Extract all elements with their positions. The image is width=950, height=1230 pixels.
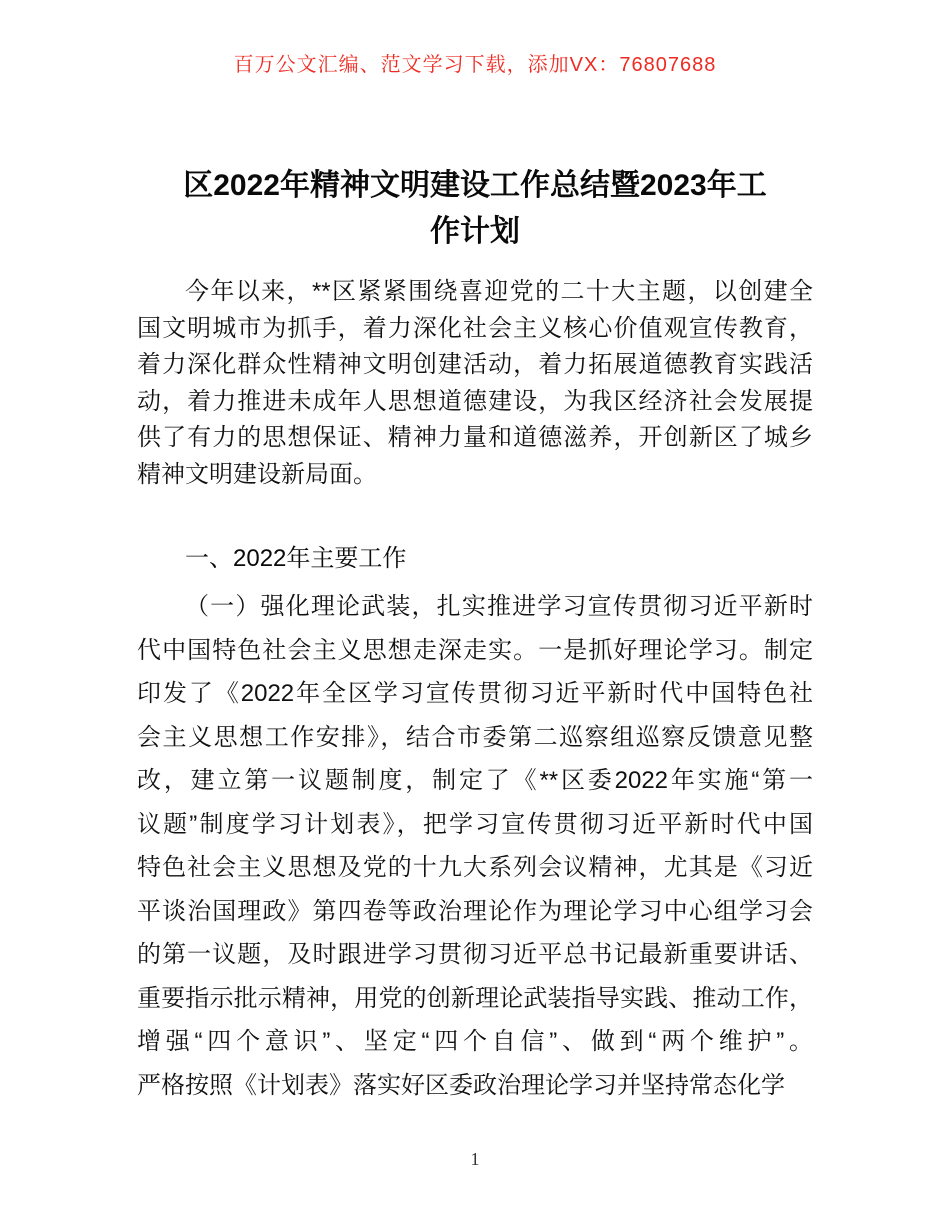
page-number: 1	[0, 1147, 950, 1171]
text-line: 印发了《2022年全区学习宣传贯彻习近平新时代中国特色社	[137, 672, 813, 716]
text-line: 会主义思想工作安排》，结合市委第二巡察组巡察反馈意见整	[137, 716, 813, 760]
text-line: 区2022年精神文明建设工作总结暨2023年工	[137, 163, 813, 209]
text-line: 平谈治国理政》第四卷等政治理论作为理论学习中心组学习会	[137, 890, 813, 934]
body-paragraph-theory: （一）强化理论武装，扎实推进学习宣传贯彻习近平新时代中国特色社会主义思想走深走实…	[137, 585, 813, 1107]
section-heading-2022-main-work: 一、2022年主要工作	[137, 541, 813, 578]
text-line: 重要指示批示精神，用党的创新理论武装指导实践、推动工作，	[137, 977, 813, 1021]
text-line: （一）强化理论武装，扎实推进学习宣传贯彻习近平新时	[137, 585, 813, 629]
text-line: 精神文明建设新局面。	[137, 457, 813, 494]
document-page: 百万公文汇编、范文学习下载，添加VX：76807688 区2022年精神文明建设…	[0, 0, 950, 1230]
text-line: 作计划	[137, 209, 813, 255]
text-line: 增强“四个意识”、坚定“四个自信”、做到“两个维护”。	[137, 1020, 813, 1064]
text-line: 国文明城市为抓手，着力深化社会主义核心价值观宣传教育，	[137, 311, 813, 348]
text-line: 着力深化群众性精神文明创建活动，着力拓展道德教育实践活	[137, 347, 813, 384]
text-line: 代中国特色社会主义思想走深走实。一是抓好理论学习。制定	[137, 629, 813, 673]
text-line: 改，建立第一议题制度，制定了《**区委2022年实施“第一	[137, 759, 813, 803]
text-line: 议题”制度学习计划表》，把学习宣传贯彻习近平新时代中国	[137, 803, 813, 847]
text-line: 供了有力的思想保证、精神力量和道德滋养，开创新区了城乡	[137, 420, 813, 457]
text-line: 今年以来，**区紧紧围绕喜迎党的二十大主题，以创建全	[137, 274, 813, 311]
header-promo-notice: 百万公文汇编、范文学习下载，添加VX：76807688	[0, 52, 950, 78]
text-line: 的第一议题，及时跟进学习贯彻习近平总书记最新重要讲话、	[137, 933, 813, 977]
intro-paragraph: 今年以来，**区紧紧围绕喜迎党的二十大主题，以创建全国文明城市为抓手，着力深化社…	[137, 274, 813, 493]
document-title: 区2022年精神文明建设工作总结暨2023年工作计划	[137, 163, 813, 255]
text-line: 动，着力推进未成年人思想道德建设，为我区经济社会发展提	[137, 384, 813, 421]
text-line: 特色社会主义思想及党的十九大系列会议精神，尤其是《习近	[137, 846, 813, 890]
text-line: 严格按照《计划表》落实好区委政治理论学习并坚持常态化学	[137, 1064, 813, 1108]
